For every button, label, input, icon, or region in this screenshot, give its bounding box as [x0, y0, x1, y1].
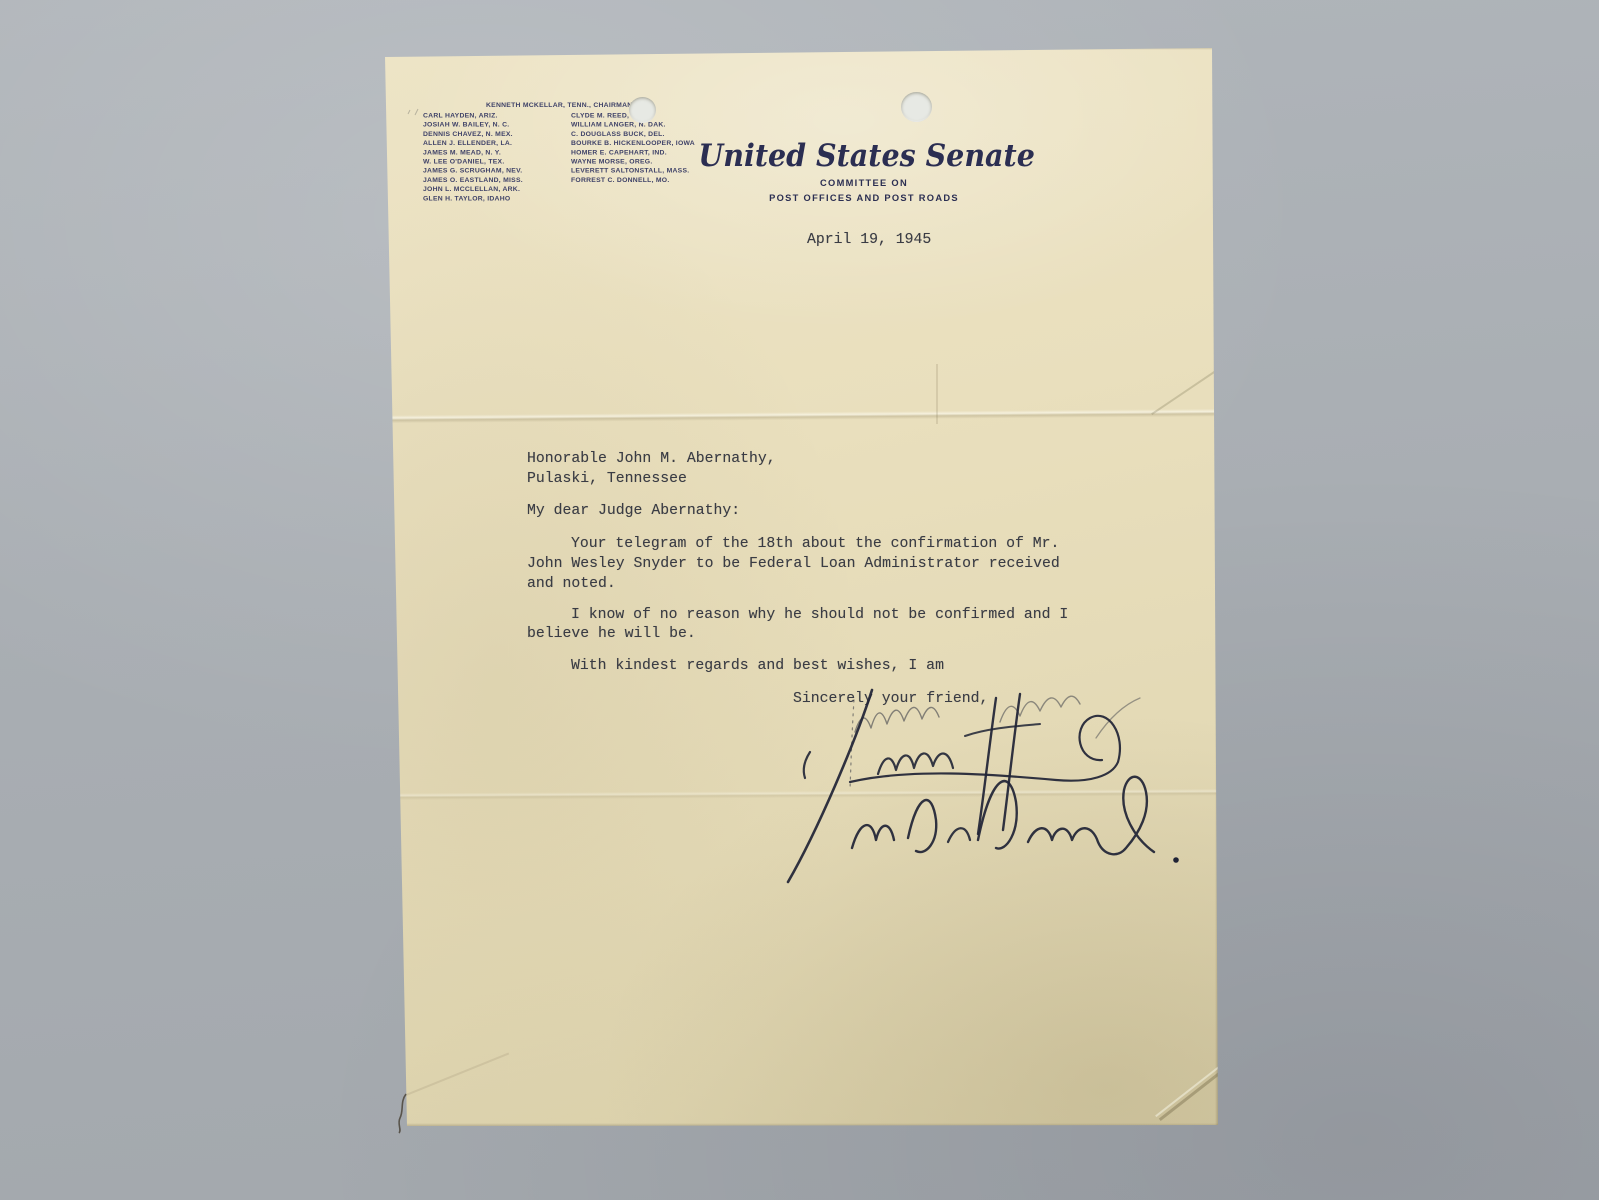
signature-stroke	[804, 752, 810, 778]
crease-bottom-left	[402, 1053, 509, 1098]
signature-stroke	[1028, 777, 1154, 855]
crease-vertical	[936, 364, 938, 424]
member-name: JAMES G. SCRUGHAM, NEV.	[423, 166, 523, 175]
member-name: DENNIS CHAVEZ, N. MEX.	[423, 129, 523, 138]
photo-backdrop: KENNETH MCKELLAR, TENN., CHAIRMAN CARL H…	[0, 0, 1599, 1200]
member-name: GLEN H. TAYLOR, IDAHO	[423, 194, 523, 203]
salutation-line: My dear Judge Abernathy:	[527, 503, 740, 519]
signature-stroke	[850, 716, 1120, 782]
member-name: JAMES M. MEAD, N. Y.	[423, 148, 523, 157]
signature-stroke	[908, 800, 936, 852]
signature-stroke	[855, 707, 939, 732]
signature-period-dot	[1173, 857, 1179, 863]
member-name: FORREST C. DONNELL, MO.	[571, 175, 695, 184]
signature-stroke	[788, 690, 872, 882]
punch-hole-left	[629, 97, 656, 123]
recipient-name-line: Honorable John M. Abernathy,	[527, 451, 776, 467]
paper-edge-bottom	[380, 1123, 1223, 1128]
paper-corner-tear-mark	[394, 1092, 414, 1134]
pencil-marks	[406, 106, 422, 118]
paper-edge-top	[380, 47, 1223, 50]
body-line: I know of no reason why he should not be…	[571, 607, 1068, 623]
member-name: LEVERETT SALTONSTALL, MASS.	[571, 166, 695, 175]
letter-date: April 19, 1945	[807, 232, 931, 248]
paper-edge-right	[1215, 44, 1220, 1130]
member-name: BOURKE B. HICKENLOOPER, IOWA	[571, 139, 695, 148]
recipient-city-line: Pulaski, Tennessee	[527, 471, 687, 487]
signature-stroke	[852, 825, 894, 848]
crease-diagonal-right	[1151, 363, 1227, 415]
letter-document: KENNETH MCKELLAR, TENN., CHAIRMAN CARL H…	[380, 44, 1223, 1130]
member-name: W. LEE O'DANIEL, TEX.	[423, 157, 523, 166]
member-name: WILLIAM LANGER, N. DAK.	[571, 120, 695, 129]
member-name: JOSIAH W. BAILEY, N. C.	[423, 120, 523, 129]
punch-hole-right	[901, 92, 932, 122]
member-name: HOMER E. CAPEHART, IND.	[571, 148, 695, 157]
signature-stroke	[965, 724, 1040, 736]
body-line: believe he will be.	[527, 626, 696, 642]
member-name: JAMES O. EASTLAND, MISS.	[423, 175, 523, 184]
chairman-name: KENNETH MCKELLAR, TENN., CHAIRMAN	[486, 101, 632, 108]
signature-stroke	[978, 698, 996, 834]
corner-fold-crease	[1159, 1062, 1233, 1121]
member-name: C. DOUGLASS BUCK, DEL.	[571, 129, 695, 138]
signature-stroke	[1000, 696, 1080, 722]
member-name: CARL HAYDEN, ARIZ.	[423, 111, 523, 120]
committee-line-2: POST OFFICES AND POST ROADS	[684, 193, 1044, 203]
member-name: JOHN L. MCCLELLAN, ARK.	[423, 184, 523, 193]
signature-stroke	[878, 753, 953, 774]
member-name: WAYNE MORSE, OREG.	[571, 157, 695, 166]
member-name: ALLEN J. ELLENDER, LA.	[423, 139, 523, 148]
fold-crease-upper	[380, 409, 1223, 424]
body-line: John Wesley Snyder to be Federal Loan Ad…	[527, 556, 1060, 572]
body-line: Your telegram of the 18th about the conf…	[571, 536, 1059, 552]
senate-masthead-title: United States Senate	[698, 138, 1029, 174]
signature-kenneth-mckellar	[760, 670, 1190, 900]
committee-line-1: COMMITTEE ON	[684, 178, 1044, 188]
signature-stroke	[948, 828, 970, 842]
letterhead-members-left: CARL HAYDEN, ARIZ. JOSIAH W. BAILEY, N. …	[423, 111, 558, 235]
body-line: and noted.	[527, 576, 616, 592]
